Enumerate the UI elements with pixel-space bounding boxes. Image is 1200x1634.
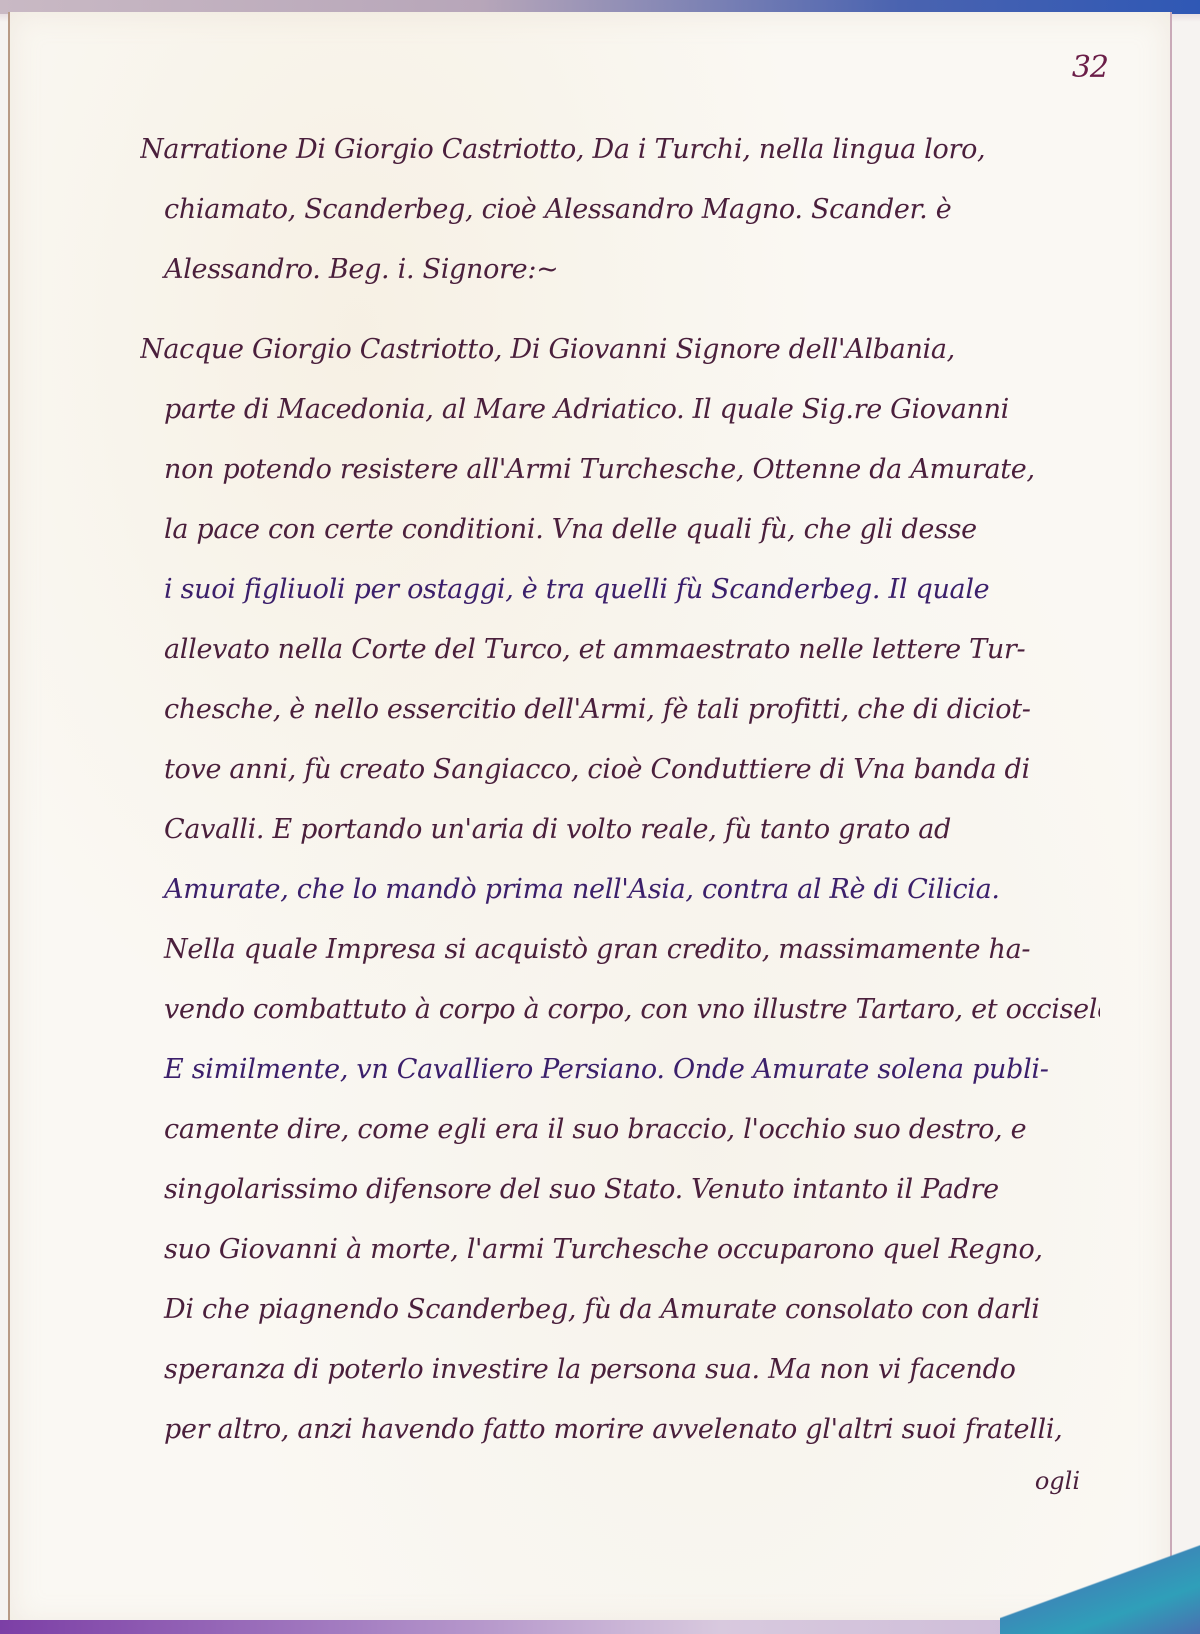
body-line: non potendo resistere all'Armi Turchesch… [140, 440, 1100, 500]
title-line: Narratione Di Giorgio Castriotto, Da i T… [140, 120, 1100, 180]
body-line: suo Giovanni à morte, l'armi Turchesche … [140, 1220, 1100, 1280]
body-line: speranza di poterlo investire la persona… [140, 1340, 1100, 1400]
title-line: chiamato, Scanderbeg, cioè Alessandro Ma… [140, 180, 1100, 240]
body-line: per altro, anzi havendo fatto morire avv… [140, 1400, 1100, 1460]
scan-corner-background [1000, 1544, 1200, 1634]
body-line: Di che piagnendo Scanderbeg, fù da Amura… [140, 1280, 1100, 1340]
manuscript-scan: 32 Narratione Di Giorgio Castriotto, Da … [0, 0, 1200, 1634]
title-line: Alessandro. Beg. i. Signore:~ [140, 240, 1100, 300]
body-line: tove anni, fù creato Sangiacco, cioè Con… [140, 740, 1100, 800]
body-line: la pace con certe conditioni. Vna delle … [140, 500, 1100, 560]
body-line: parte di Macedonia, al Mare Adriatico. I… [140, 380, 1100, 440]
body-line: singolarissimo difensore del suo Stato. … [140, 1160, 1100, 1220]
manuscript-text: Narratione Di Giorgio Castriotto, Da i T… [140, 120, 1100, 1460]
body-line: Cavalli. E portando un'aria di volto rea… [140, 800, 1100, 860]
manuscript-page: 32 Narratione Di Giorgio Castriotto, Da … [8, 12, 1172, 1626]
body-line: allevato nella Corte del Turco, et ammae… [140, 620, 1100, 680]
catchword: ogli [1035, 1467, 1080, 1495]
body-line: chesche, è nello essercitio dell'Armi, f… [140, 680, 1100, 740]
body-line: Nacque Giorgio Castriotto, Di Giovanni S… [140, 320, 1100, 380]
page-number: 32 [1072, 50, 1108, 85]
body-line: E similmente, vn Cavalliero Persiano. On… [140, 1040, 1100, 1100]
body-line: Amurate, che lo mandò prima nell'Asia, c… [140, 860, 1100, 920]
body-line: i suoi figliuoli per ostaggi, è tra quel… [140, 560, 1100, 620]
paragraph-gap [140, 300, 1100, 320]
body-line: Nella quale Impresa si acquistò gran cre… [140, 920, 1100, 980]
body-line: camente dire, come egli era il suo bracc… [140, 1100, 1100, 1160]
body-line: vendo combattuto à corpo à corpo, con vn… [140, 980, 1100, 1040]
